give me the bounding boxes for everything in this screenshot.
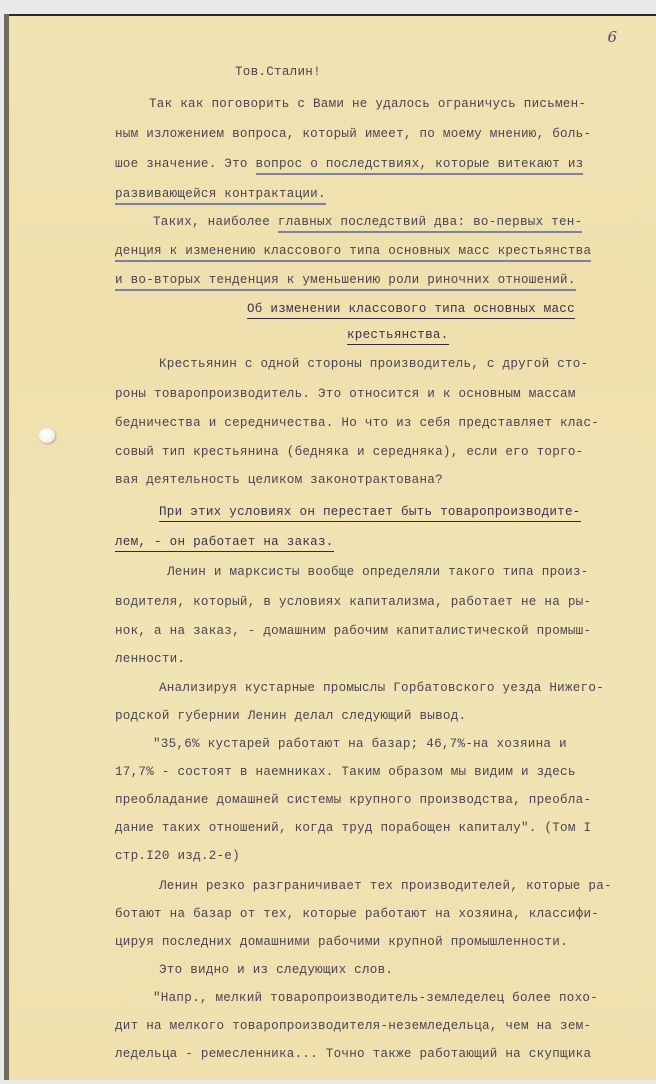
- text-line: ленности.: [115, 651, 185, 667]
- text-line: Ленин и марксисты вообще определяли тако…: [167, 564, 589, 580]
- underlined-span: денция к изменению классового типа основ…: [115, 244, 591, 262]
- text-line: родской губернии Ленин делал следующий в…: [115, 708, 466, 724]
- underlined-span: лем, - он работает на заказ.: [115, 535, 334, 552]
- text-line: ным изложением вопроса, который имеет, п…: [115, 126, 591, 142]
- text-line: преобладание домашней системы крупного п…: [115, 792, 591, 808]
- text-line: водителя, который, в условиях капитализм…: [115, 594, 591, 610]
- section-heading: крестьянства.: [347, 327, 449, 343]
- document-page: 6 Тов.Сталин! Так как поговорить с Вами …: [4, 14, 656, 1080]
- text-line: совый тип крестьянина (бедняка и середня…: [115, 444, 583, 460]
- text-line: При этих условиях он перестает быть това…: [159, 504, 581, 520]
- text-line: ботают на базар от тех, которые работают…: [115, 906, 599, 922]
- text-line: Таких, наиболее главных последствий два:…: [153, 214, 582, 230]
- underlined-span: и во-вторых тенденция к уменьшению роли …: [115, 273, 576, 291]
- text-line: Анализируя кустарные промыслы Горбатовск…: [159, 680, 604, 696]
- section-heading: Об изменении классового типа основных ма…: [247, 301, 575, 317]
- text-line: дание таких отношений, когда труд порабо…: [115, 820, 591, 836]
- text-line: лем, - он работает на заказ.: [115, 534, 334, 550]
- text-line: дит на мелкого товаропроизводителя-незем…: [115, 1018, 591, 1034]
- text-line: Крестьянин с одной стороны производитель…: [159, 356, 588, 372]
- text-line: "Напр., мелкий товаропроизводитель-земле…: [153, 990, 598, 1006]
- text-line: роны товаропроизводитель. Это относится …: [115, 386, 576, 402]
- heading-line: Об изменении классового типа основных ма…: [247, 302, 575, 319]
- text-line: шое значение. Это вопрос о последствиях,…: [115, 156, 583, 172]
- underlined-span: развивающейся контрактации.: [115, 187, 326, 205]
- text-span: шое значение. Это: [115, 157, 256, 171]
- typed-letter: Тов.Сталин! Так как поговорить с Вами не…: [9, 14, 656, 1080]
- text-line: Ленин резко разграничивает тех производи…: [159, 878, 612, 894]
- text-line: "35,6% кустарей работают на базар; 46,7%…: [153, 736, 567, 752]
- text-line: денция к изменению классового типа основ…: [115, 243, 591, 259]
- salutation: Тов.Сталин!: [235, 64, 321, 80]
- text-line: ледельца - ремесленника... Точно также р…: [115, 1046, 591, 1062]
- text-line: развивающейся контрактации.: [115, 186, 326, 202]
- text-line: вая деятельность целиком законотрактован…: [115, 472, 443, 488]
- heading-line: крестьянства.: [347, 328, 449, 345]
- text-line: нок, а на заказ, - домашним рабочим капи…: [115, 623, 591, 639]
- text-line: бедничества и середничества. Но что из с…: [115, 415, 599, 431]
- text-line: цируя последних домашними рабочими крупн…: [115, 934, 568, 950]
- text-line: и во-вторых тенденция к уменьшению роли …: [115, 272, 576, 288]
- underlined-span: вопрос о последствиях, которые витекают …: [256, 157, 584, 175]
- text-line: стр.I20 изд.2-е): [115, 848, 240, 864]
- text-line: Так как поговорить с Вами не удалось огр…: [149, 96, 586, 112]
- text-span: Таких, наиболее: [153, 215, 278, 229]
- text-line: Это видно и из следующих слов.: [159, 962, 393, 978]
- underlined-span: главных последствий два: во-первых тен-: [278, 215, 583, 233]
- text-line: 17,7% - состоят в наемниках. Таким образ…: [115, 764, 576, 780]
- underlined-span: При этих условиях он перестает быть това…: [159, 505, 581, 522]
